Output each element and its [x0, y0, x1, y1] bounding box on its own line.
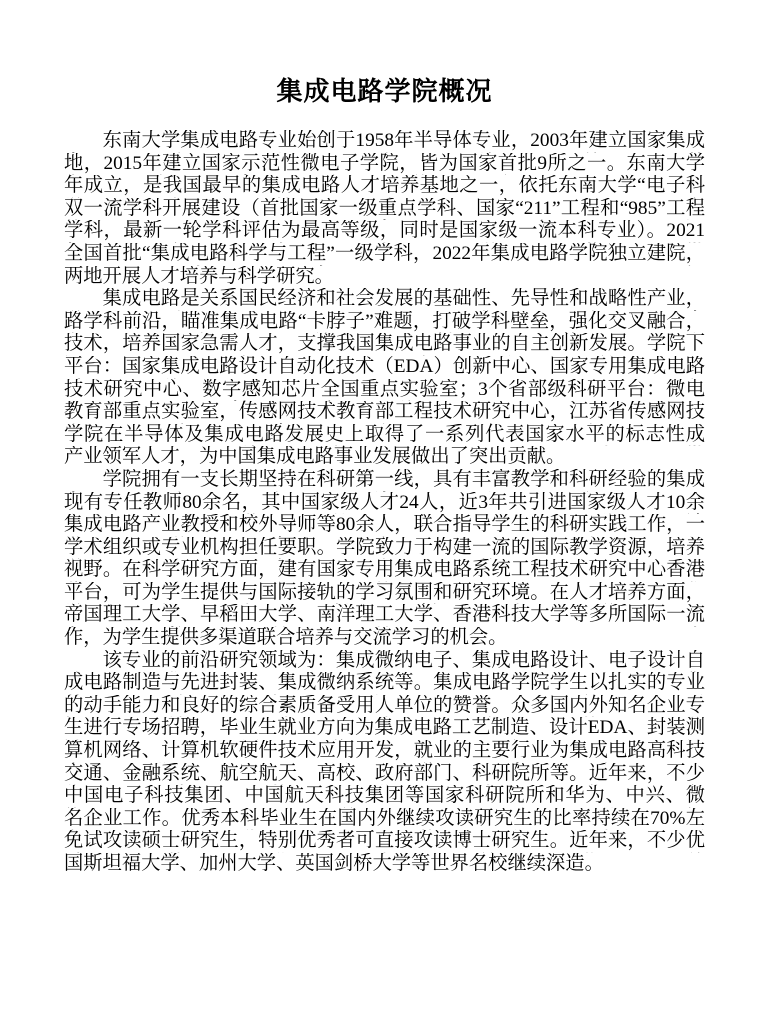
paragraph-3-line: 视野。在科学研究方面，建有国家专用集成电路系统工程技术研究中心香港分中心等国际化	[64, 559, 705, 582]
document-title: 集成电路学院概况	[64, 77, 705, 106]
paragraph-4-line: 国斯坦福大学、加州大学、英国剑桥大学等世界名校继续深造。	[64, 853, 705, 876]
paragraph-3-line: 作，为学生提供多渠道联合培养与交流学习的机会。	[64, 627, 705, 650]
paragraph-3-line: 现有专任教师80余名，其中国家级人才24人，近3年共引进国家级人才10余人。此外…	[64, 492, 705, 515]
paragraph-2-line: 路学科前沿，瞄准集成电路“卡脖子”难题，打破学科壁垒，强化交叉融合，突破关键核心	[64, 311, 705, 334]
paragraph-4-line: 交通、金融系统、航空航天、高校、政府部门、科研院所等。近年来，不少优秀毕业生进入	[64, 763, 705, 786]
paragraph-4-line: 名企业工作。优秀本科毕业生在国内外继续攻读研究生的比率持续在70%左右，优秀毕业…	[64, 808, 705, 831]
document-body: 东南大学集成电路专业始创于1958年半导体专业，2003年建立国家集成电路人才培…	[64, 130, 705, 876]
paragraph-3-line: 帝国理工大学、早稻田大学、南洋理工大学、香港科技大学等多所国际一流高校持续开展合	[64, 604, 705, 627]
paragraph-2-line: 教育部重点实验室，传感网技术教育部工程技术研究中心，江苏省传感网技术重点实验室。	[64, 401, 705, 424]
paragraph-1-line: 东南大学集成电路专业始创于1958年半导体专业，2003年建立国家集成电路人才培…	[64, 130, 705, 153]
paragraph-1-line: 学科，最新一轮学科评估为最高等级，同时是国家级一流本科专业）。2021年东南大学…	[64, 220, 705, 243]
paragraph-4-line: 免试攻读硕士研究生，特别优秀者可直接攻读博士研究生。近年来，不少优秀毕业生前往美	[64, 830, 705, 853]
paragraph-4-line: 生进行专场招聘，毕业生就业方向为集成电路工艺制造、设计EDA、封装测试、通信工程…	[64, 717, 705, 740]
paragraph-3-line: 学术组织或专业机构担任要职。学院致力于构建一流的国际教学资源，培养学生宽广的国际	[64, 537, 705, 560]
paragraph-2-line: 集成电路是关系国民经济和社会发展的基础性、先导性和战略性产业，学院聚焦集成电	[64, 288, 705, 311]
paragraph-4-line: 中国电子科技集团、中国航天科技集团等国家科研院所和华为、中兴、微软、IBM等国内…	[64, 785, 705, 808]
paragraph-3-line: 集成电路产业教授和校外导师等80余人，联合指导学生的科研实践工作，一批学者在国内…	[64, 514, 705, 537]
paragraph-2-line: 技术，培养国家急需人才，支撑我国集成电路事业的自主创新发展。学院下设3个国家级科…	[64, 333, 705, 356]
paragraph-2-line: 学院在半导体及集成电路发展史上取得了一系列代表国家水平的标志性成果，培养了一大批	[64, 424, 705, 447]
paragraph-1-line: 两地开展人才培养与科学研究。	[64, 266, 705, 289]
paragraph-2-line: 平台：国家集成电路设计自动化技术（EDA）创新中心、国家专用集成电路系统（ASI…	[64, 356, 705, 379]
paragraph-2-line: 技术研究中心、数字感知芯片全国重点实验室；3个省部级科研平台：微电子机械系统（M…	[64, 379, 705, 402]
paragraph-1-line: 全国首批“集成电路科学与工程”一级学科，2022年集成电路学院独立建院，于南京、…	[64, 243, 705, 266]
paragraph-2-line: 产业领军人才，为中国集成电路事业发展做出了突出贡献。	[64, 446, 705, 469]
document-page: 集成电路学院概况 东南大学集成电路专业始创于1958年半导体专业，2003年建立…	[0, 0, 768, 1024]
paragraph-1-line: 双一流学科开展建设（首批国家一级重点学科、国家“211”工程和“985”工程的重…	[64, 198, 705, 221]
paragraph-3-line: 平台，可为学生提供与国际接轨的学习氛围和研究环境。在人才培养方面，学院与剑桥大学…	[64, 582, 705, 605]
paragraph-1-line: 地，2015年建立国家示范性微电子学院，皆为国家首批9所之一。东南大学集成电路学…	[64, 153, 705, 176]
paragraph-4-line: 的动手能力和良好的综合素质备受用人单位的赞誉。众多国内外知名企业专门针对我院毕业	[64, 695, 705, 718]
paragraph-4-line: 成电路制造与先进封装、集成微纳系统等。集成电路学院学生以扎实的专业基础知识、较强	[64, 672, 705, 695]
paragraph-1-line: 年成立，是我国最早的集成电路人才培养基地之一，依托东南大学“电子科学与技术”国家	[64, 175, 705, 198]
paragraph-3-line: 学院拥有一支长期坚持在科研第一线，具有丰富教学和科研经验的集成电路师资队伍，	[64, 469, 705, 492]
paragraph-4-line: 算机网络、计算机软硬件技术应用开发，就业的主要行业为集成电路高科技企业、通信电力…	[64, 740, 705, 763]
paragraph-4-line: 该专业的前沿研究领域为：集成微纳电子、集成电路设计、电子设计自动化（EDA）、集	[64, 650, 705, 673]
